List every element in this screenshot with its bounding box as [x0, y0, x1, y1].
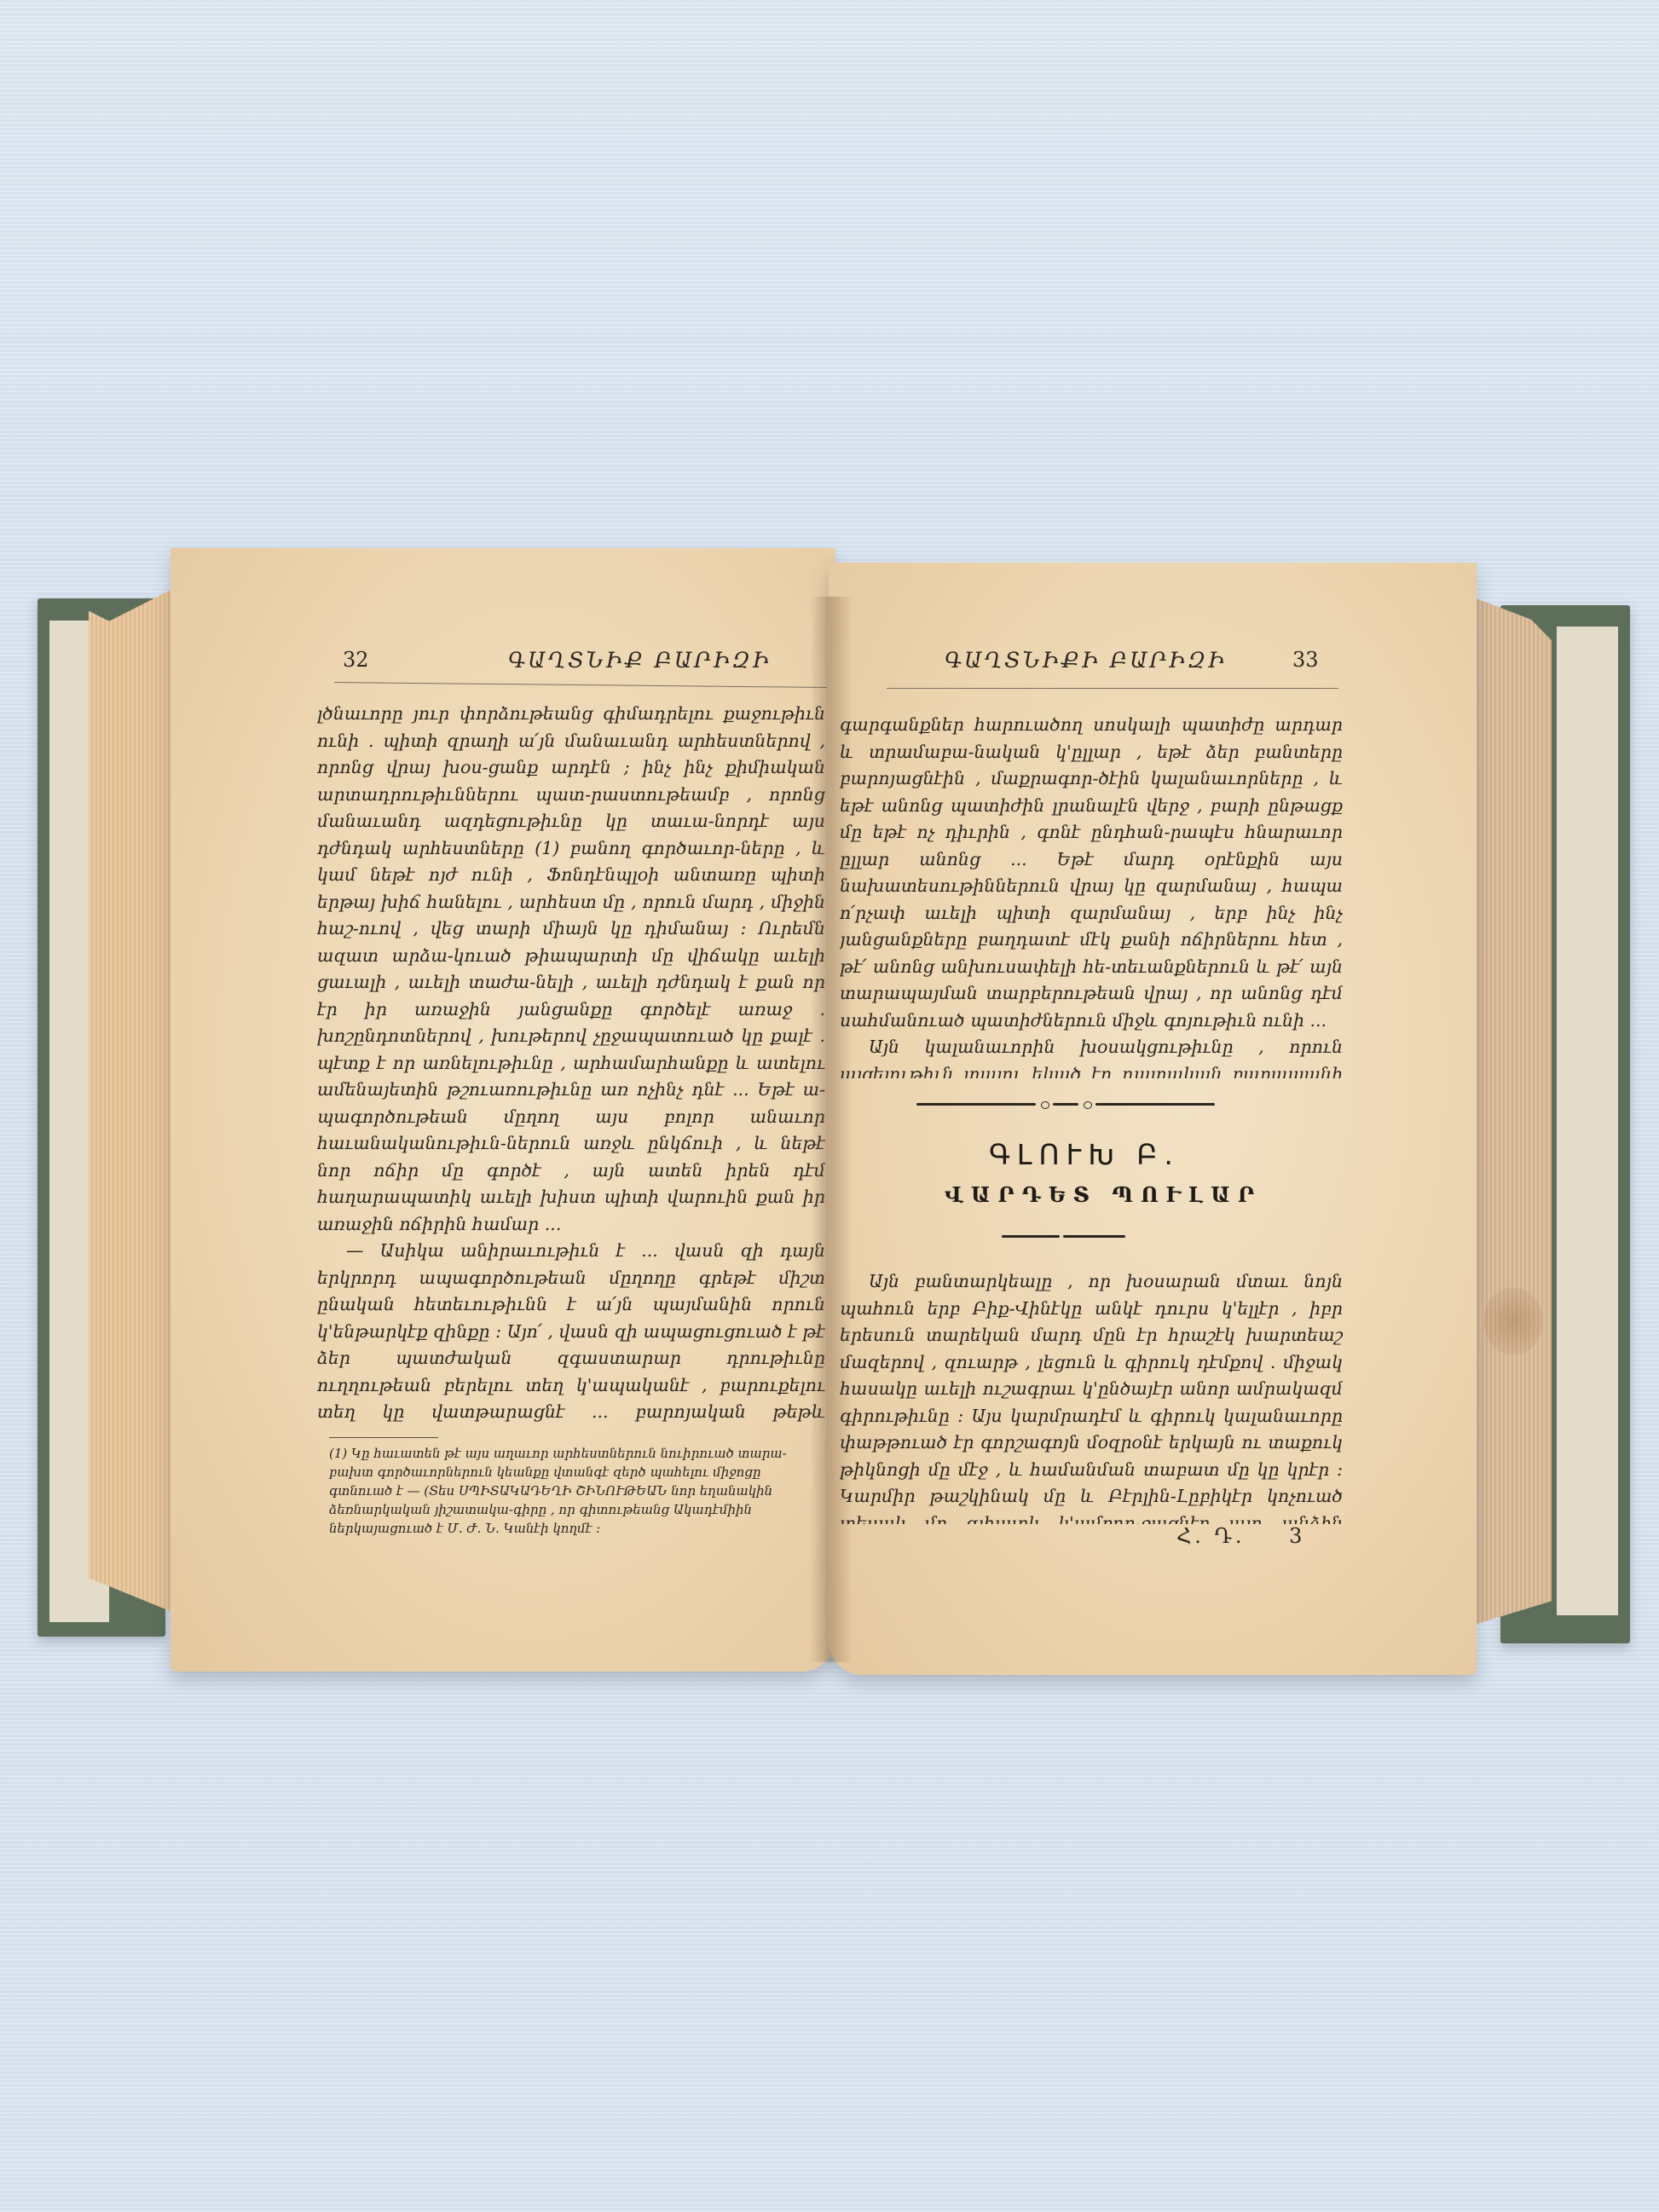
left-footnote: (1) Կը հաւատեն թէ այս աղաւոր արհեստներու…: [329, 1444, 827, 1538]
right-body-text-chapter: Այն բանտարկեալը , որ խօսարան մտաւ նոյն պ…: [840, 1268, 1343, 1524]
right-paragraph: Այն կալանաւորին խօսակցութիւնը , որուն այ…: [840, 1034, 1343, 1078]
left-page-number: 32: [343, 648, 369, 672]
left-paragraph: — Ասիկա անիրաւութիւն է ... վասն զի դայն …: [317, 1238, 825, 1425]
signature-mark: Հ. Դ. 3: [1176, 1524, 1305, 1548]
footnote-marker: (1): [329, 1446, 347, 1461]
endpaper-right: [1557, 627, 1618, 1615]
chapter-number: ԳԼՈՒԽ Բ.: [989, 1138, 1180, 1171]
right-page-number: 33: [1292, 648, 1319, 672]
chapter-ornament-bottom: [1002, 1233, 1125, 1239]
chapter-title: ՎԱՐԴԵՏ ՊՈՒԼԱՐ: [945, 1182, 1262, 1207]
foxing-stain: [1483, 1287, 1543, 1355]
chapter-paragraph: Այն բանտարկեալը , որ խօսարան մտաւ նոյն պ…: [840, 1268, 1343, 1524]
left-body-text: լծնաւորը յուր փորձութեանց գիմադրելու քաջ…: [317, 701, 825, 1425]
right-head-rule: [887, 688, 1338, 689]
right-body-text-top: գարգանքներ հարուածող սոսկալի պատիժը արդա…: [840, 712, 1343, 1078]
footnote-text: Կը հաւատեն թէ այս աղաւոր արհեստներուն նո…: [329, 1446, 787, 1536]
footnote-rule: [329, 1437, 438, 1438]
left-paragraph: լծնաւորը յուր փորձութեանց գիմադրելու քաջ…: [317, 701, 825, 1238]
left-running-head: ԳԱՂՏՆԻՔ ԲԱՐԻԶԻ: [508, 648, 772, 673]
right-running-head: ԳԱՂՏՆԻՔԻ ԲԱՐԻԶԻ: [945, 648, 1227, 673]
signature-number: 3: [1289, 1524, 1305, 1548]
right-paragraph: գարգանքներ հարուածող սոսկալի պատիժը արդա…: [840, 712, 1343, 1034]
chapter-ornament-top: [916, 1101, 1215, 1106]
signature-letters: Հ. Դ.: [1176, 1524, 1245, 1548]
